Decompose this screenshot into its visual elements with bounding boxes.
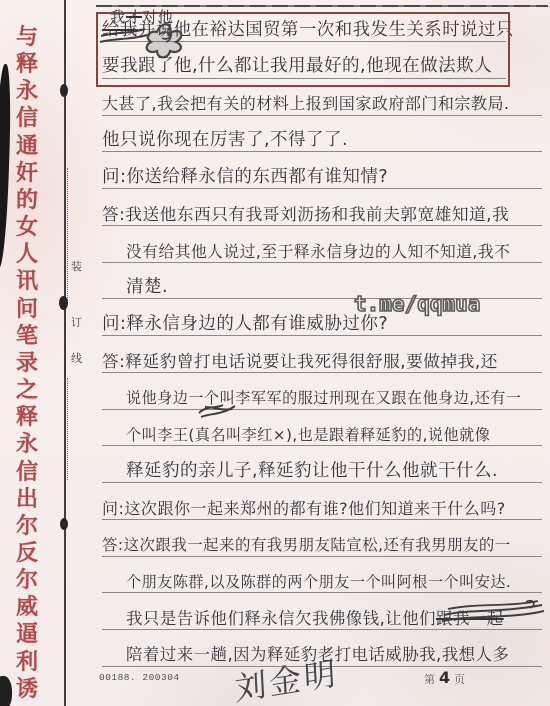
line-text: 清楚. bbox=[126, 279, 168, 297]
title-char: 女 bbox=[16, 216, 38, 238]
line-text: 问:这次跟你一起来郑州的都有谁?他们知道来干什么吗? bbox=[102, 501, 506, 517]
manuscript-line: 要我跟了他,什么都让我用最好的,他现在做法欺人 bbox=[102, 49, 506, 79]
line-text: 他只说你现在厉害了,不得了了. bbox=[102, 132, 348, 150]
page-label-suffix: 页 bbox=[454, 671, 465, 687]
title-char: 通 bbox=[16, 135, 38, 157]
manuscript-line: 问:你送给释永信的东西都有谁知情? bbox=[102, 159, 542, 189]
title-char: 信 bbox=[16, 461, 38, 483]
line-text: 问:释永信身边的人都有谁威胁过你? bbox=[102, 316, 388, 334]
title-char: 利 bbox=[16, 651, 38, 673]
title-char: 尔 bbox=[16, 515, 38, 537]
manuscript-line: 他只说你现在厉害了,不得了了. bbox=[102, 122, 542, 152]
line-text: 答:我送他东西只有我哥刘沥扬和我前夫郭宽雄知道,我 bbox=[102, 206, 509, 223]
insertion-text: 对他 bbox=[142, 8, 174, 26]
title-char: 出 bbox=[16, 488, 38, 510]
title-char: 之 bbox=[16, 379, 38, 401]
manuscript-line: 说他身边一个叫李军军的服过刑现在又跟在他身边,还有一 bbox=[102, 380, 542, 410]
title-char: 释 bbox=[16, 406, 38, 428]
manuscript-rows: 给我并说他在裕达国贸第一次和我发生关系时说过只要我跟了他,什么都让我用最好的,他… bbox=[102, 0, 544, 706]
line-text: 说他身边一个叫李军军的服过刑现在又跟在他身边,还有一 bbox=[126, 391, 522, 406]
binding-dotted-line bbox=[67, 378, 68, 480]
title-char: 尔 bbox=[16, 569, 38, 591]
binding-mark bbox=[60, 84, 68, 97]
title-char: 的 bbox=[16, 189, 38, 211]
title-char: 信 bbox=[16, 107, 38, 129]
title-char: 问 bbox=[16, 298, 38, 320]
binding-mark bbox=[60, 518, 68, 530]
title-char: 奸 bbox=[16, 162, 38, 184]
line-text: 我只是告诉他们释永信欠我佛像钱,让他们 bbox=[126, 611, 436, 627]
line-text: 个叫李王(真名叫李红×),也是跟着释延豹的,说他就像 bbox=[126, 428, 490, 443]
page-number: 4 bbox=[439, 668, 450, 687]
manuscript-line: 个朋友陈群,以及陈群的两个朋友一个叫阿根一个叫安达. bbox=[102, 563, 542, 593]
handwritten-insertion: 我才对他 bbox=[110, 6, 174, 27]
manuscript-line: 释延豹的亲儿子,释延豹让他干什么他就干什么. bbox=[102, 453, 542, 483]
line-text: 答:这次跟我一起来的有我男朋友陆宣松,还有我男朋友的一 bbox=[102, 538, 511, 553]
binding-label-char: 线 bbox=[71, 350, 82, 366]
line-text: 个朋友陈群,以及陈群的两个朋友一个叫阿根一个叫安达. bbox=[126, 575, 511, 590]
title-char: 讯 bbox=[16, 270, 38, 292]
line-text: 没有给其他人说过,至于释永信身边的人知不知道,我不 bbox=[126, 244, 510, 260]
title-char: 永 bbox=[16, 433, 38, 455]
line-text: 要我跟了他,什么都让我用最好的,他现在做法欺人 bbox=[102, 58, 492, 76]
binding-mark bbox=[59, 296, 68, 310]
manuscript-line: 大甚了,我会把有关的材料上报到国家政府部门和宗教局. bbox=[102, 86, 542, 116]
manuscript-line: 问:这次跟你一起来郑州的都有谁?他们知道来干什么吗? bbox=[102, 490, 542, 520]
line-text: 并说他在裕达国贸第一次和我发生关系时说过只 bbox=[138, 22, 514, 39]
title-char: 反 bbox=[16, 542, 38, 564]
insertion-struck-char: 才 bbox=[126, 8, 142, 26]
binding-line bbox=[64, 0, 66, 706]
manuscript-line: 我只是告诉他们释永信欠我佛像钱,让他们跟我一起 bbox=[102, 600, 542, 630]
page-label-prefix: 第 bbox=[424, 671, 435, 687]
manuscript-line: 答:这次跟我一起来的有我男朋友陆宣松,还有我男朋友的一 bbox=[102, 527, 542, 557]
title-char: 逼 bbox=[16, 623, 38, 645]
page-number-label: 第 4 页 bbox=[424, 671, 465, 687]
scanned-document-page: 与释永信通奸的女人讯问笔录之释永信出尔反尔威逼利诱 装订线 我才对他 给我并说他… bbox=[0, 0, 550, 706]
title-char: 录 bbox=[16, 352, 38, 374]
title-char: 诱 bbox=[16, 678, 38, 700]
title-char: 笔 bbox=[16, 325, 38, 347]
manuscript-line: 答:释延豹曾打电话说要让我死得很舒服,要做掉我,还 bbox=[102, 343, 542, 373]
watermark-text: t.me/qqmua bbox=[354, 292, 480, 316]
title-char: 永 bbox=[16, 80, 38, 102]
binding-label-char: 订 bbox=[71, 314, 82, 330]
struck-text: 跟我一起 bbox=[436, 611, 504, 627]
title-char: 人 bbox=[16, 243, 38, 265]
title-char: 威 bbox=[16, 596, 38, 618]
title-char: 与 bbox=[16, 26, 38, 48]
manuscript-line: 没有给其他人说过,至于释永信身边的人知不知道,我不 bbox=[102, 233, 542, 263]
manuscript-line: 个叫李王(真名叫李红×),也是跟着释延豹的,说他就像 bbox=[102, 416, 542, 446]
line-text: 问:你送给释永信的东西都有谁知情? bbox=[102, 169, 388, 187]
binding-label-char: 装 bbox=[71, 258, 82, 274]
binding-dotted-line bbox=[67, 168, 68, 300]
manuscript-line: 答:我送他东西只有我哥刘沥扬和我前夫郭宽雄知道,我 bbox=[102, 196, 542, 226]
line-text: 释延豹的亲儿子,释延豹让他干什么他就干什么. bbox=[126, 463, 498, 481]
title-char: 释 bbox=[16, 53, 38, 75]
line-text: 大甚了,我会把有关的材料上报到国家政府部门和宗教局. bbox=[102, 96, 510, 112]
insertion-text: 我 bbox=[110, 8, 126, 26]
red-vertical-title: 与释永信通奸的女人讯问笔录之释永信出尔反尔威逼利诱 bbox=[10, 26, 44, 700]
line-text: 答:释延豹曾打电话说要让我死得很舒服,要做掉我,还 bbox=[102, 353, 498, 370]
